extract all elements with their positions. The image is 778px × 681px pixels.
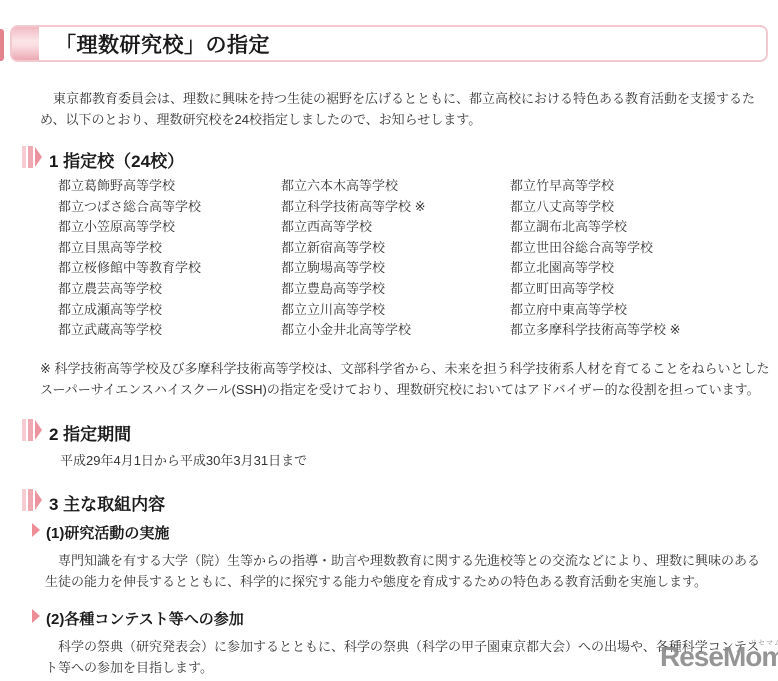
section-2-heading: 2 指定期間	[22, 419, 131, 446]
section-1-heading: 1 指定校（24校）	[22, 146, 184, 173]
school-item: 都立町田高等学校	[510, 279, 681, 300]
school-item: 都立葛飾野高等学校	[58, 176, 281, 197]
school-item: 都立新宿高等学校	[281, 238, 510, 259]
left-edge-accent	[0, 29, 4, 61]
title-accent-block	[12, 27, 39, 60]
school-item: 都立小金井北高等学校	[281, 320, 510, 341]
school-item: 都立駒場高等学校	[281, 258, 510, 279]
topic-2-body: 科学の祭典（研究発表会）に参加するとともに、科学の祭典（科学の甲子園東京都大会）…	[45, 636, 765, 678]
topic-2-label: (2)各種コンテスト等への参加	[46, 608, 244, 629]
section-2-label: 2 指定期間	[49, 420, 131, 445]
school-item: 都立立川高等学校	[281, 300, 510, 321]
section-3-heading: 3 主な取組内容	[22, 489, 165, 516]
school-item: 都立西高等学校	[281, 217, 510, 238]
topic-1-heading: (1)研究活動の実施	[31, 522, 169, 543]
school-item: 都立北園高等学校	[510, 258, 681, 279]
topic-2-heading: (2)各種コンテスト等への参加	[31, 608, 244, 629]
ssh-note: ※ 科学技術高等学校及び多摩科学技術高等学校は、文部科学省から、未来を担う科学技…	[40, 358, 770, 400]
school-item: 都立府中東高等学校	[510, 300, 681, 321]
topic-1-label: (1)研究活動の実施	[46, 522, 169, 543]
school-item: 都立科学技術高等学校 ※	[281, 197, 510, 218]
school-item: 都立調布北高等学校	[510, 217, 681, 238]
designation-period: 平成29年4月1日から平成30年3月31日まで	[60, 450, 760, 471]
school-item: 都立目黒高等学校	[58, 238, 281, 259]
section-stripes-icon	[22, 489, 42, 516]
section-stripes-icon	[22, 146, 42, 173]
triangle-bullet-icon	[31, 608, 41, 629]
school-list: 都立葛飾野高等学校 都立つばさ総合高等学校 都立小笠原高等学校 都立目黒高等学校…	[58, 176, 681, 341]
page-title: 「理数研究校」の指定	[55, 29, 270, 59]
article-page: 「理数研究校」の指定 東京都教育委員会は、理数に興味を持つ生徒の裾野を広げるとと…	[0, 0, 778, 681]
school-item: 都立桜修館中等教育学校	[58, 258, 281, 279]
school-item: 都立小笠原高等学校	[58, 217, 281, 238]
section-1-label: 1 指定校（24校）	[49, 147, 184, 172]
school-item: 都立成瀬高等学校	[58, 300, 281, 321]
school-item: 都立武蔵高等学校	[58, 320, 281, 341]
intro-paragraph: 東京都教育委員会は、理数に興味を持つ生徒の裾野を広げるとともに、都立高校における…	[40, 88, 768, 130]
school-item: 都立八丈高等学校	[510, 197, 681, 218]
section-stripes-icon	[22, 419, 42, 446]
section-3-label: 3 主な取組内容	[49, 490, 165, 515]
school-item: 都立農芸高等学校	[58, 279, 281, 300]
school-item: 都立竹早高等学校	[510, 176, 681, 197]
topic-1-body: 専門知識を有する大学（院）生等からの指導・助言や理数教育に関する先進校等との交流…	[45, 550, 767, 592]
school-item: 都立つばさ総合高等学校	[58, 197, 281, 218]
triangle-bullet-icon	[31, 522, 41, 543]
school-item: 都立世田谷総合高等学校	[510, 238, 681, 259]
title-bar: 「理数研究校」の指定	[10, 25, 768, 62]
school-item: 都立多摩科学技術高等学校 ※	[510, 320, 681, 341]
school-item: 都立六本木高等学校	[281, 176, 510, 197]
school-item: 都立豊島高等学校	[281, 279, 510, 300]
